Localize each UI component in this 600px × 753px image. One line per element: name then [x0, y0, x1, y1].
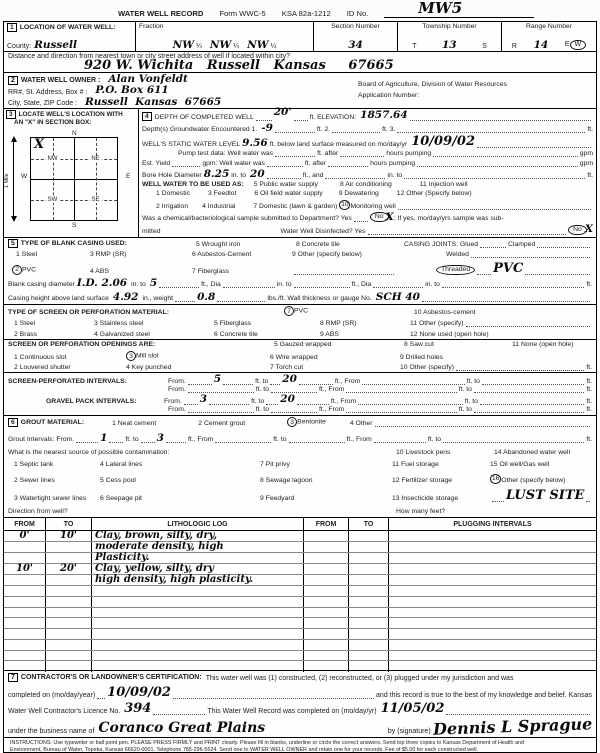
table-header-row: FROM TO LITHOLOGIC LOG FROM TO PLUGGING …: [4, 518, 596, 531]
static-level-label: WELL'S STATIC WATER LEVEL: [142, 141, 240, 148]
dashed-line: [31, 200, 117, 201]
bore-depth-value: 20: [250, 169, 265, 180]
ft-to-label: ft. to: [255, 378, 268, 385]
se-quadrant-label: SE: [89, 197, 101, 203]
section3-title1: LOCATE WELL'S LOCATION WITH: [19, 111, 123, 118]
fraction-cell: Fraction NW¼ NW¼ NW¼: [136, 22, 314, 51]
screen-material-section: TYPE OF SCREEN OR PERFORATION MATERIAL:7…: [4, 305, 596, 340]
id-label: ID No.: [347, 9, 369, 18]
section6-number: 6: [8, 418, 18, 427]
ft-from-label: ft., From: [319, 406, 344, 413]
id-value-handwritten: MW5: [418, 1, 462, 16]
in-to-label: in. to: [425, 281, 440, 288]
section-number-cell: Section Number 34: [314, 22, 398, 51]
in-to-label: in. to: [131, 281, 146, 288]
casing-2-circled: 2: [12, 265, 22, 275]
contamination-option: 13 Insecticide storage: [392, 495, 490, 502]
depth-value: 20': [274, 107, 292, 118]
openings-option: 9 Drilled holes: [400, 354, 443, 361]
use-option: 5 Public water supply: [254, 181, 318, 188]
owner-left: 2WATER WELL OWNER :Alan Vonfeldt RR#, St…: [4, 73, 354, 108]
table-row: Plasticity.: [4, 553, 596, 564]
screen-option: 12 None used (open hole): [410, 331, 489, 338]
ft-to-label: ft. to: [125, 436, 138, 443]
ft-label: ft.: [586, 281, 592, 288]
from-label: From.: [168, 406, 186, 413]
screen-option: 6 Concrete tile: [214, 331, 320, 338]
casing-height-label: Casing height above land surface: [8, 295, 109, 302]
contamination-option: 9 Feedyard: [260, 495, 392, 502]
east-label: E: [126, 173, 130, 180]
ft-from-label: ft., From: [335, 378, 360, 385]
table-row: [4, 608, 596, 619]
fraction-3: NW: [247, 39, 268, 51]
section-number-value: 34: [348, 40, 363, 51]
how-many-feet-label: How many feet?: [396, 508, 445, 515]
sample-no-circled: No: [370, 212, 389, 222]
section5-casing: 5TYPE OF BLANK CASING USED:5 Wrought iro…: [4, 238, 596, 305]
use-option: 11 Injection well: [420, 181, 468, 188]
gravel-from-value: 3: [200, 394, 207, 405]
header-to: TO: [46, 518, 92, 530]
ft-to-label: ft. to: [428, 436, 441, 443]
s-label: S: [482, 43, 487, 50]
use-option: 9 Dewatering: [339, 190, 379, 197]
contamination-option: 14 Abandoned water well: [494, 449, 570, 456]
log-from-value: 0': [19, 531, 29, 541]
disinfected-no-circled: No: [568, 225, 587, 235]
table-row: 10' 20' Clay, yellow, silty, dry: [4, 564, 596, 575]
hours-pumping-label: hours pumping: [386, 150, 431, 157]
table-row: [4, 586, 596, 597]
contamination-option: 10 Livestock pens: [396, 449, 494, 456]
table-row: [4, 651, 596, 662]
openings-title: SCREEN OR PERFORATION OPENINGS ARE:: [8, 341, 274, 348]
use-option: 4 Industrial: [202, 203, 235, 210]
use-option: 3 Feedlot: [208, 190, 236, 197]
from-label: From.: [168, 386, 186, 393]
ft-to-label: ft. to: [256, 386, 269, 393]
sample-tail2: mitted: [142, 228, 161, 235]
header-from: FROM: [304, 518, 349, 530]
county-label: County:: [7, 43, 31, 50]
from-label: From.: [164, 398, 182, 405]
other-specify-label: Other (specify below): [501, 477, 565, 484]
contamination-option: 2 Sewer lines: [14, 477, 100, 484]
grout-3-circled: 3: [287, 417, 297, 427]
openings-3-circled: 3: [126, 351, 136, 361]
lithologic-log-table: FROM TO LITHOLOGIC LOG FROM TO PLUGGING …: [4, 518, 596, 671]
depth-label: DEPTH OF COMPLETED WELL: [155, 114, 254, 121]
elevation-value: 1857.64: [360, 110, 408, 121]
log-from-value: 10': [16, 564, 33, 574]
screen-option: 10 Asbestos-cement: [414, 309, 476, 316]
section4-well-data: 4DEPTH OF COMPLETED WELL20'ft. ELEVATION…: [139, 109, 596, 237]
section3-number: 3: [6, 110, 16, 119]
table-row: [4, 640, 596, 651]
ft-from-label: ft., From: [188, 436, 213, 443]
screen-option: 8 RMP (SR): [320, 320, 410, 327]
form-sheet: 1LOCATION OF WATER WELL: County:Russell …: [3, 21, 597, 753]
application-number-label: Application Number:: [358, 92, 592, 99]
completed-date-value: 10/09/02: [107, 686, 171, 699]
section4-number: 4: [142, 112, 152, 121]
casing-to-value: 5: [150, 278, 157, 289]
use-option: 7 Domestic (lawn & garden): [253, 203, 337, 210]
nw-quadrant-label: NW: [46, 156, 60, 162]
ft-to-label: ft. to: [459, 386, 472, 393]
grout-option: 1 Neat cement: [112, 420, 156, 427]
hours-pumping-label: hours pumping: [370, 160, 415, 167]
grout-from-value: 1: [100, 433, 107, 444]
openings-option: 2 Louvered shutter: [14, 364, 126, 371]
in-to-label: in. to: [387, 172, 402, 179]
use-option: 8 Air conditioning: [340, 181, 392, 188]
form-title: WATER WELL RECORD: [118, 9, 203, 18]
header-lithologic-log: LITHOLOGIC LOG: [92, 518, 304, 530]
groundwater-label: Depth(s) Groundwater Encountered 1.: [142, 126, 257, 133]
openings-option: 8 Saw cut: [404, 341, 512, 348]
township-label: Township Number: [401, 23, 498, 30]
ft-from-label: ft., From: [331, 398, 356, 405]
sample-tail: ; If yes, mo/day/yrs sample was sub-: [394, 215, 504, 222]
casing-option: 8 Concrete tile: [296, 241, 404, 248]
fraction-2: NW: [210, 39, 231, 51]
weight-label: in., weight: [142, 295, 173, 302]
yield-mid-label: gpm: Well water was: [202, 160, 265, 167]
section3-locator: 3LOCATE WELL'S LOCATION WITH AN "X" IN S…: [4, 109, 139, 237]
business-name-value: Coranco Great Plains: [98, 721, 265, 735]
gpm-label: gpm: [580, 160, 593, 167]
log-to-value: 10': [60, 531, 77, 541]
ft-to-label: ft. to: [273, 436, 286, 443]
quarter-glyph: ¼: [233, 43, 239, 50]
well-location-x-mark: X: [34, 138, 44, 151]
id-underline: MW5: [384, 8, 534, 18]
welded-label: Welded: [446, 251, 469, 258]
signature-label: by (signature): [388, 728, 431, 735]
screen-option: 5 Fiberglass: [214, 320, 320, 327]
west-label: W: [21, 173, 27, 180]
table-row: [4, 629, 596, 640]
openings-option: 7 Torch cut: [270, 364, 400, 371]
ft-after-label: ft. after: [305, 160, 326, 167]
ft-label: ft.: [587, 126, 593, 133]
casing-joints-label: CASING JOINTS: Glued: [404, 241, 478, 248]
county-value: Russell: [34, 40, 77, 51]
contamination-option: 6 Seepage pit: [100, 495, 260, 502]
threaded-circled: Threaded: [436, 265, 475, 275]
in-to-label: in. to: [277, 281, 292, 288]
screen-option: 9 ABS: [320, 331, 410, 338]
table-row: 0' 10' Clay, brown, silty, dry,: [4, 531, 596, 542]
ft-label: ft.: [586, 406, 592, 413]
mill-slot-label: Mill slot: [136, 353, 159, 360]
gravel-intervals-label: GRAVEL PACK INTERVALS:: [46, 398, 164, 405]
contamination-option: 8 Sewage lagoon: [260, 477, 392, 484]
owner-name: Alan Vonfeldt: [108, 74, 187, 85]
openings-option: 5 Gauzed wrapped: [274, 341, 404, 348]
ft-after-label: ft. after: [317, 150, 338, 157]
in-to-label: in. to: [231, 172, 246, 179]
openings-option: 11 None (open hole): [512, 341, 573, 348]
section6-grout: 6GROUT MATERIAL:1 Neat cement2 Cement gr…: [4, 416, 596, 518]
casing-diameter-label: Blank casing diameter: [8, 281, 75, 288]
screen-option: 4 Galvanized steel: [94, 331, 214, 338]
weight-value: 0.8: [197, 292, 215, 303]
owner-right: Board of Agriculture, Division of Water …: [354, 73, 596, 108]
contamination-option: 1 Septic tank: [14, 461, 100, 468]
sample-question: Was a chemical/bacteriological sample su…: [142, 215, 352, 222]
business-name-label: under the business name of: [8, 728, 94, 735]
static-level-date: 10/09/02: [411, 135, 475, 148]
section34-block: 3LOCATE WELL'S LOCATION WITH AN "X" IN S…: [4, 109, 596, 238]
sw-quadrant-label: SW: [46, 197, 60, 203]
ft-label: ft.: [586, 364, 592, 371]
section1-location: 1LOCATION OF WATER WELL: County:Russell …: [4, 22, 596, 52]
e-label: E: [565, 41, 570, 48]
contamination-option: 5 Cess pool: [100, 477, 260, 484]
clamped-label: Clamped: [508, 241, 535, 248]
section7-number: 7: [8, 673, 18, 682]
casing-diameter-value: I.D. 2.06: [77, 278, 127, 289]
form-number: Form WWC-5: [219, 9, 265, 18]
log-text: moderate density, high: [95, 542, 224, 552]
distance-row: Distance and direction from nearest town…: [4, 52, 596, 73]
dashed-line: [31, 159, 117, 160]
use-10-circled: 10: [339, 200, 350, 210]
screen-from-value: 5: [214, 374, 221, 385]
use-title: WELL WATER TO BE USED AS:: [142, 181, 244, 188]
openings-option: 6 Wire wrapped: [270, 354, 400, 361]
ft-dia-label: ft., Dia: [201, 281, 221, 288]
casing-option: 9 Other (specify below): [292, 251, 400, 258]
casing-height-value: 4.92: [113, 292, 139, 303]
owner-address-label: RR#, St. Address, Box # :: [8, 89, 87, 96]
use-option: 6 Oil field water supply: [254, 190, 322, 197]
casing-option: 6 Asbestos-Cement: [192, 251, 292, 258]
fraction-label: Fraction: [139, 23, 310, 30]
use-option: 12 Other (Specify below): [397, 190, 472, 197]
section-number-label: Section Number: [317, 23, 394, 30]
dashed-line: [96, 138, 97, 220]
screen-option: 1 Steel: [14, 320, 94, 327]
range-value: 14: [534, 40, 549, 51]
r-label: R: [512, 43, 517, 50]
contamination-16-circled: 16: [490, 474, 501, 484]
openings-option: 1 Continuous slot: [14, 354, 126, 361]
bore-diameter-value: 8.25: [204, 169, 230, 180]
screen-option: 2 Brass: [14, 331, 94, 338]
casing-option: 1 Steel: [16, 251, 90, 258]
use-option: 2 Irrigation: [156, 203, 188, 210]
certification-text: This water well was (1) constructed, (2)…: [206, 675, 514, 682]
section3-title2: AN "X" IN SECTION BOX:: [6, 119, 136, 126]
intervals-section: SCREEN-PERFORATED INTERVALS:From.5ft. to…: [4, 373, 596, 416]
section5-title: TYPE OF BLANK CASING USED:: [21, 240, 127, 247]
openings-section: SCREEN OR PERFORATION OPENINGS ARE:5 Gau…: [4, 340, 596, 373]
certification-title: CONTRACTOR'S OR LANDOWNER'S CERTIFICATIO…: [21, 674, 202, 681]
grout-option: 4 Other: [350, 420, 373, 427]
mile-arrow: [13, 141, 14, 217]
grout-intervals-label: Grout Intervals: From.: [8, 436, 74, 443]
form-statute: KSA 82a-1212: [282, 9, 331, 18]
casing-option: 5 Wrought iron: [196, 241, 296, 248]
groundwater-3-label: ft. 3.: [382, 126, 395, 133]
instructions-block: INSTRUCTIONS: Use typewriter or ball poi…: [4, 738, 596, 753]
ft-to-label: ft. to: [251, 398, 264, 405]
screen-option: 11 Other (specify): [410, 320, 464, 327]
screen-to-value: 20: [282, 374, 297, 385]
pump-test-label: Pump test data: Well water was: [178, 150, 273, 157]
dashed-line: [53, 138, 54, 220]
screen-intervals-label: SCREEN-PERFORATED INTERVALS:: [8, 378, 168, 385]
section-box-diagram: NW NE SW SE X: [30, 137, 118, 221]
instructions-line2: Environment, Bureau of Water, Topeka, Ka…: [10, 747, 590, 753]
township-value: 13: [442, 40, 457, 51]
quarter-glyph: ¼: [271, 43, 277, 50]
log-text: high density, high plasticity.: [95, 575, 253, 585]
table-row: [4, 597, 596, 608]
t-label: T: [412, 43, 416, 50]
screen-7-circled: 7: [284, 306, 294, 316]
grout-to-value: 3: [157, 433, 164, 444]
north-label: N: [72, 130, 77, 137]
contamination-title: What is the nearest source of possible c…: [8, 449, 396, 456]
section-box-hline: [31, 179, 117, 180]
owner-title: WATER WELL OWNER :: [21, 77, 100, 84]
groundwater-2-label: ft. 2.: [317, 126, 330, 133]
screen-pvc-label: PVC: [294, 308, 308, 315]
casing-option: 4 ABS: [90, 268, 192, 275]
owner-city-value: Russell Kansas 67665: [85, 97, 221, 108]
completed-on-label: completed on (mo/day/year): [8, 692, 95, 699]
fraction-1: NW: [173, 39, 194, 51]
grout-option: 2 Cement grout: [198, 420, 245, 427]
licence-value: 394: [124, 702, 151, 715]
section2-number: 2: [8, 76, 18, 85]
elevation-label: ft. ELEVATION:: [310, 114, 357, 121]
ft-label: ft.: [586, 386, 592, 393]
section2-owner: 2WATER WELL OWNER :Alan Vonfeldt RR#, St…: [4, 73, 596, 109]
one-mile-label: 1 Mile: [4, 160, 10, 188]
record-completed-label: This Water Well Record was completed on …: [207, 708, 376, 715]
yield-label: Est. Yield: [142, 160, 170, 167]
groundwater-depth1: -9: [261, 123, 273, 134]
range-label: Range Number: [505, 23, 593, 30]
section1-number: 1: [7, 23, 17, 32]
log-to-value: 20': [60, 564, 77, 574]
section7-certification: 7CONTRACTOR'S OR LANDOWNER'S CERTIFICATI…: [4, 671, 596, 738]
section1-title: LOCATION OF WATER WELL:: [20, 24, 116, 31]
address-value: 920 W. Wichita Russell Kansas 67665: [84, 59, 394, 72]
w-circled: W: [570, 40, 587, 50]
owner-city-label: City, State, ZIP Code :: [8, 100, 77, 107]
licence-label: Water Well Contractor's Licence No.: [8, 708, 120, 715]
owner-address-value: P.O. Box 611: [95, 85, 168, 96]
ft-label: ft.: [586, 398, 592, 405]
contamination-option: 3 Watertight sewer lines: [14, 495, 100, 502]
ft-label: ft.: [586, 436, 592, 443]
casing-option: 3 RMP (SR): [90, 251, 192, 258]
log-text: Clay, brown, silty, dry,: [95, 531, 217, 541]
log-text: Plasticity.: [95, 553, 150, 563]
ft-to-label: ft. to: [256, 406, 269, 413]
table-row: [4, 618, 596, 629]
quarter-glyph: ¼: [196, 43, 202, 50]
contamination-option: 12 Fertilizer storage: [392, 477, 490, 484]
ft-dia-label: ft., Dia: [352, 281, 372, 288]
contamination-option: 11 Fuel storage: [392, 461, 490, 468]
direction-label: Direction from well?: [8, 508, 396, 515]
ft-label: ft.: [587, 172, 593, 179]
bentonite-label: Bentonite: [297, 419, 326, 426]
agency-label: Board of Agriculture, Division of Water …: [358, 81, 592, 88]
range-cell: Range Number R14EW: [502, 22, 596, 51]
casing-option: 7 Fiberglass: [192, 268, 292, 275]
contamination-other-value: LUST SITE: [506, 489, 584, 502]
certification-text: and this record is true to the best of m…: [376, 692, 592, 699]
instructions-line1: INSTRUCTIONS: Use typewriter or ball poi…: [10, 740, 590, 747]
south-label: S: [72, 222, 76, 229]
ft-to-label: ft. to: [459, 406, 472, 413]
screen-material-title: TYPE OF SCREEN OR PERFORATION MATERIAL:: [8, 309, 284, 316]
static-level-mid: ft. below land surface measured on mo/da…: [270, 141, 408, 148]
section5-number: 5: [8, 239, 18, 248]
ft-label: ft.: [586, 378, 592, 385]
wall-label: lbs./ft. Wall thickness or gauge No.: [267, 295, 371, 302]
disinfected-label: Water Well Disinfected? Yes: [281, 228, 366, 235]
wall-value: SCH 40: [376, 292, 420, 303]
section6-title: GROUT MATERIAL:: [21, 419, 84, 426]
gravel-to-value: 20: [280, 394, 295, 405]
table-row: moderate density, high: [4, 542, 596, 553]
ft-to-label: ft. to: [465, 398, 478, 405]
ft-to-label: ft. to: [467, 378, 480, 385]
openings-option: 10 Other (specify): [400, 364, 454, 371]
use-option: 1 Domestic: [156, 190, 190, 197]
from-label: From.: [168, 378, 186, 385]
township-cell: Township Number T13S: [398, 22, 502, 51]
contamination-option: 7 Pit privy: [260, 461, 392, 468]
location-cell: 1LOCATION OF WATER WELL: County:Russell: [4, 22, 136, 51]
table-row: high density, high plasticity.: [4, 575, 596, 586]
record-date-value: 11/05/02: [381, 702, 445, 715]
ne-quadrant-label: NE: [89, 156, 101, 162]
contamination-option: 4 Lateral lines: [100, 461, 260, 468]
form-header: WATER WELL RECORD Form WWC-5 KSA 82a-121…: [0, 0, 600, 21]
monitoring-well-label: Monitoring well: [350, 203, 395, 210]
threaded-value: PVC: [493, 262, 523, 275]
static-level-value: 9.56: [242, 138, 268, 149]
ft-from-label: ft., From: [347, 436, 372, 443]
header-plugging-intervals: PLUGGING INTERVALS: [389, 518, 596, 530]
bore-label: Bore Hole Diameter: [142, 172, 202, 179]
casing-pvc-label: PVC: [22, 266, 36, 273]
gpm-label: gpm: [580, 150, 593, 157]
screen-option: 3 Stainless steel: [94, 320, 214, 327]
contamination-option: 15 Oil well/Gas well: [490, 461, 549, 468]
openings-option: 4 Key punched: [126, 364, 270, 371]
header-to: TO: [349, 518, 389, 530]
ft-from-label: ft., From: [319, 386, 344, 393]
ft-and-label: ft., and: [303, 172, 324, 179]
log-text: Clay, yellow, silty, dry: [95, 564, 214, 574]
header-from: FROM: [4, 518, 46, 530]
signature-value: Dennis L Sprague: [432, 716, 592, 738]
